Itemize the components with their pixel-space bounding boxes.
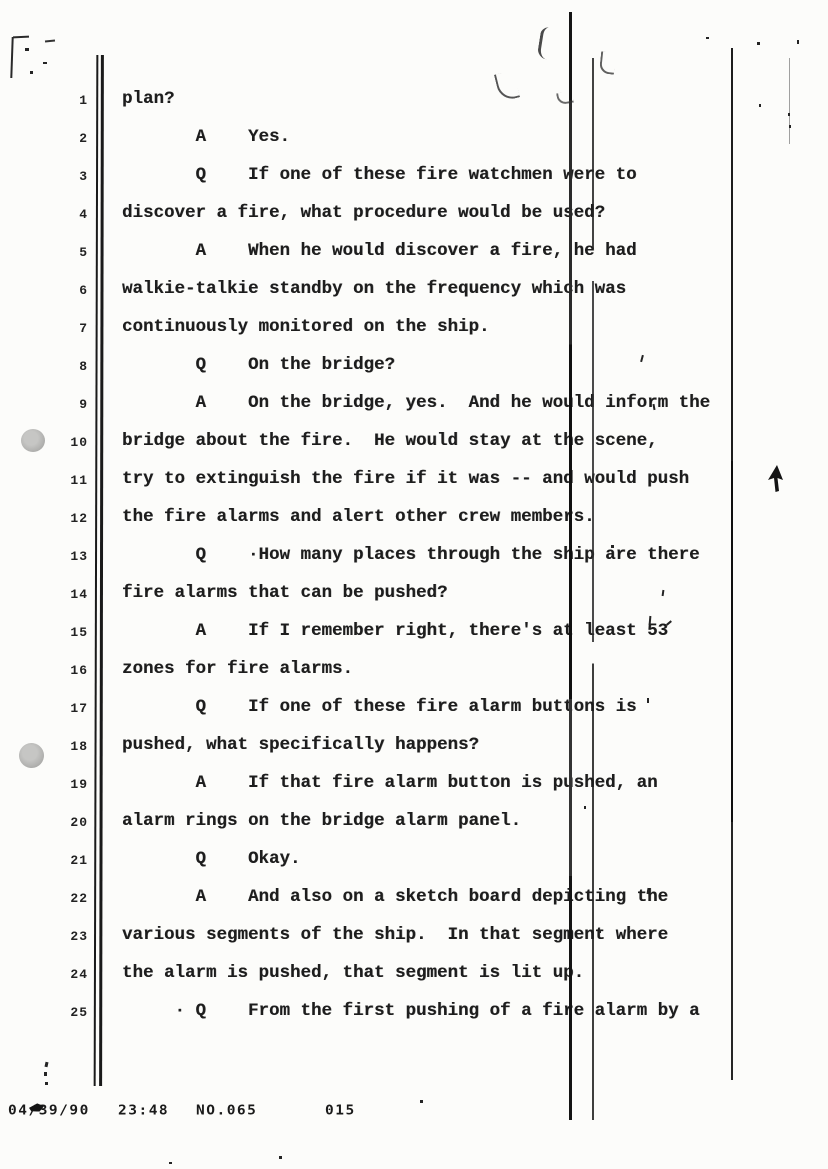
transcript-line: 2 A Yes.	[0, 126, 828, 164]
transcript-line: 16zones for fire alarms.	[0, 658, 828, 696]
scan-artifact-line	[569, 12, 572, 1120]
scan-speck	[611, 545, 614, 548]
line-text: the fire alarms and alert other crew mem…	[122, 507, 595, 527]
line-text: fire alarms that can be pushed?	[122, 583, 448, 603]
transcript-line: 15 A If I remember right, there's at lea…	[0, 620, 828, 658]
line-number: 23	[50, 929, 88, 944]
line-number: 16	[50, 663, 88, 678]
scan-speck	[169, 1162, 172, 1164]
line-text: zones for fire alarms.	[122, 659, 353, 679]
line-number: 9	[50, 397, 88, 412]
transcript-line: 4discover a fire, what procedure would b…	[0, 202, 828, 240]
scan-speck	[789, 125, 791, 128]
line-number: 3	[50, 169, 88, 184]
line-number: 12	[50, 511, 88, 526]
line-text: alarm rings on the bridge alarm panel.	[122, 811, 521, 831]
arrow-ink-mark	[766, 465, 784, 493]
line-text: continuously monitored on the ship.	[122, 317, 490, 337]
ink-smudge	[537, 26, 554, 59]
transcript-line: 19 A If that fire alarm button is pushed…	[0, 772, 828, 810]
transcript-line: 7continuously monitored on the ship.	[0, 316, 828, 354]
line-number: 19	[50, 777, 88, 792]
transcript-line: 22 A And also on a sketch board depictin…	[0, 886, 828, 924]
transcript-line: 10bridge about the fire. He would stay a…	[0, 430, 828, 468]
fax-page-number: 015	[325, 1104, 356, 1119]
transcript-line: 8 Q On the bridge?	[0, 354, 828, 392]
line-number: 1	[50, 93, 88, 108]
line-text: Q If one of these fire alarm buttons is	[122, 697, 637, 717]
line-text: Q On the bridge?	[122, 355, 395, 375]
ink-smudge	[599, 51, 616, 74]
transcript-body: 1plan?2 A Yes.3 Q If one of these fire w…	[0, 88, 828, 1038]
scanned-transcript-page: 1plan?2 A Yes.3 Q If one of these fire w…	[0, 0, 828, 1169]
scan-speck	[797, 40, 799, 44]
line-number: 24	[50, 967, 88, 982]
scan-artifact-line	[789, 58, 790, 144]
scan-speck	[30, 71, 33, 74]
scan-artifact-line	[592, 58, 594, 1120]
corner-mark-stroke	[10, 37, 13, 78]
line-text: the alarm is pushed, that segment is lit…	[122, 963, 584, 983]
scan-speck	[45, 1062, 49, 1068]
line-number: 8	[50, 359, 88, 374]
scan-speck	[584, 806, 586, 809]
line-text: A If I remember right, there's at least …	[122, 621, 668, 641]
transcript-line: 3 Q If one of these fire watchmen were t…	[0, 164, 828, 202]
transcript-line: 21 Q Okay.	[0, 848, 828, 886]
line-number: 13	[50, 549, 88, 564]
scan-speck	[647, 698, 649, 703]
line-text: A On the bridge, yes. And he would infor…	[122, 393, 710, 413]
scan-speck	[757, 42, 760, 45]
line-number: 21	[50, 853, 88, 868]
transcript-line: 13 Q ·How many places through the ship a…	[0, 544, 828, 582]
line-text: pushed, what specifically happens?	[122, 735, 479, 755]
scan-speck	[706, 37, 709, 39]
fax-job-number: NO.065	[196, 1104, 257, 1119]
line-text: various segments of the ship. In that se…	[122, 925, 668, 945]
line-number: 11	[50, 473, 88, 488]
transcript-line: 18pushed, what specifically happens?	[0, 734, 828, 772]
line-text: try to extinguish the fire if it was -- …	[122, 469, 689, 489]
line-text: A When he would discover a fire, he had	[122, 241, 637, 261]
scan-speck	[44, 1072, 47, 1076]
transcript-line: 17 Q If one of these fire alarm buttons …	[0, 696, 828, 734]
scan-speck	[25, 48, 29, 51]
scan-speck	[45, 1082, 48, 1085]
line-text: A If that fire alarm button is pushed, a…	[122, 773, 658, 793]
line-text: A Yes.	[122, 127, 290, 147]
line-number: 5	[50, 245, 88, 260]
line-number: 18	[50, 739, 88, 754]
transcript-line: 25 · Q From the first pushing of a fire …	[0, 1000, 828, 1038]
transcript-line: 20alarm rings on the bridge alarm panel.	[0, 810, 828, 848]
line-text: bridge about the fire. He would stay at …	[122, 431, 658, 451]
scan-artifact-line	[731, 48, 733, 1080]
transcript-line: 23various segments of the ship. In that …	[0, 924, 828, 962]
line-text: discover a fire, what procedure would be…	[122, 203, 605, 223]
transcript-line: 6walkie-talkie standby on the frequency …	[0, 278, 828, 316]
line-number: 10	[50, 435, 88, 450]
line-text: Q ·How many places through the ship are …	[122, 545, 700, 565]
fax-date: 04/39/90	[8, 1104, 90, 1119]
line-text: Q Okay.	[122, 849, 301, 869]
scan-speck	[599, 930, 601, 933]
line-number: 22	[50, 891, 88, 906]
transcript-line: 5 A When he would discover a fire, he ha…	[0, 240, 828, 278]
line-text: · Q From the first pushing of a fire ala…	[122, 1001, 700, 1021]
line-number: 15	[50, 625, 88, 640]
transcript-line: 24the alarm is pushed, that segment is l…	[0, 962, 828, 1000]
line-text: A And also on a sketch board depicting t…	[122, 887, 668, 907]
transcript-line: 9 A On the bridge, yes. And he would inf…	[0, 392, 828, 430]
corner-mark-stroke	[13, 36, 29, 39]
scan-speck	[43, 62, 47, 64]
transcript-line: 12the fire alarms and alert other crew m…	[0, 506, 828, 544]
line-number: 25	[50, 1005, 88, 1020]
line-number: 17	[50, 701, 88, 716]
line-number: 6	[50, 283, 88, 298]
line-number: 7	[50, 321, 88, 336]
line-text: walkie-talkie standby on the frequency w…	[122, 279, 626, 299]
line-number: 2	[50, 131, 88, 146]
scan-speck	[788, 113, 790, 116]
line-number: 14	[50, 587, 88, 602]
scan-speck	[279, 1156, 282, 1159]
line-text: plan?	[122, 89, 175, 109]
transcript-line: 14fire alarms that can be pushed?	[0, 582, 828, 620]
transcript-line: 1plan?	[0, 88, 828, 126]
transcript-line: 11try to extinguish the fire if it was -…	[0, 468, 828, 506]
line-text: Q If one of these fire watchmen were to	[122, 165, 637, 185]
scan-speck	[759, 104, 761, 107]
line-number: 20	[50, 815, 88, 830]
line-number: 4	[50, 207, 88, 222]
fax-footer: 04/39/90 23:48 NO.065 015	[0, 1103, 828, 1125]
fax-time: 23:48	[118, 1104, 169, 1119]
corner-mark-stroke	[45, 39, 55, 42]
